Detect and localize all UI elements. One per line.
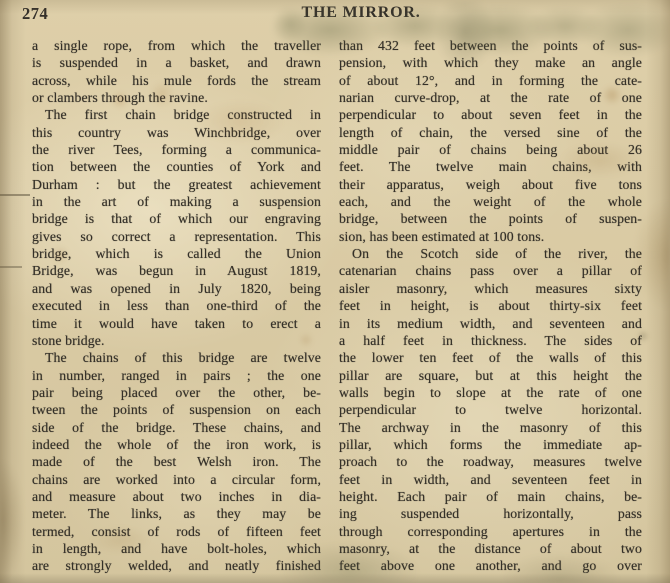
text-line: are strongly welded, and neatly finished — [32, 557, 321, 574]
text-line: pillar are square, but at this height th… — [339, 367, 642, 384]
text-line: perpendicular to about seven feet in the — [339, 106, 642, 123]
text-line: On the Scotch side of the river, the — [339, 245, 642, 262]
text-line: the lower ten feet of the walls of this — [339, 349, 642, 366]
text-line: bridge, which is called the Union — [32, 245, 321, 262]
text-line: sion, has been estimated at 100 tons. — [339, 228, 642, 245]
text-line: indeed the whole of the iron work, is — [32, 436, 321, 453]
column-left: a single rope, from which the travelleri… — [32, 37, 321, 575]
text-line: across, while his mule fords the stream — [32, 72, 321, 89]
text-line: a single rope, from which the traveller — [32, 37, 321, 54]
text-line: time it would have taken to erect a — [32, 315, 321, 332]
text-line: feet in height, is about thirty-six feet — [339, 297, 642, 314]
text-line: tion between the counties of York and — [32, 158, 321, 175]
text-line: middle pair of chains being about 26 — [339, 141, 642, 158]
column-right: than 432 feet between the points of sus-… — [339, 37, 642, 575]
text-line: pair being placed over the other, be- — [32, 384, 321, 401]
text-line: feet above one another, and go over — [339, 557, 642, 574]
text-line: this country was Winchbridge, over — [32, 124, 321, 141]
text-line: and measure about two inches in dia- — [32, 488, 321, 505]
text-line: a half feet in thickness. The sides of — [339, 332, 642, 349]
text-line: in the art of making a suspension — [32, 193, 321, 210]
margin-mark — [0, 194, 30, 196]
text-line: bridge, between the points of suspen- — [339, 210, 642, 227]
text-line: Bridge, was begun in August 1819, — [32, 262, 321, 279]
text-line: aisler masonry, which measures sixty — [339, 280, 642, 297]
text-line: than 432 feet between the points of sus- — [339, 37, 642, 54]
text-line: proach to the roadway, measures twelve — [339, 453, 642, 470]
text-line: meter. The links, as they may be — [32, 505, 321, 522]
text-line: The chains of this bridge are twelve — [32, 349, 321, 366]
text-line: the river Tees, forming a communica- — [32, 141, 321, 158]
text-line: or clambers through the ravine. — [32, 89, 321, 106]
text-line: is suspended in a basket, and drawn — [32, 54, 321, 71]
text-line: walls begin to slope at the rate of one — [339, 384, 642, 401]
text-line: bridge is that of which our engraving — [32, 210, 321, 227]
text-line: their apparatus, weigh about five tons — [339, 176, 642, 193]
text-line: ing suspended horizontally, pass — [339, 505, 642, 522]
text-line: length of chain, the versed sine of the — [339, 124, 642, 141]
text-line: height. Each pair of main chains, be- — [339, 488, 642, 505]
text-line: in length, and have bolt-holes, which — [32, 540, 321, 557]
margin-mark — [0, 266, 22, 268]
text-line: executed in less than one-third of the — [32, 297, 321, 314]
text-line: and was opened in July 1820, being — [32, 280, 321, 297]
text-line: The archway in the masonry of this — [339, 419, 642, 436]
text-line: gives so correct a representation. This — [32, 228, 321, 245]
text-line: in its medium width, and seventeen and — [339, 315, 642, 332]
text-line: in number, ranged in pairs ; the one — [32, 367, 321, 384]
text-line: stone bridge. — [32, 332, 321, 349]
text-line: pillar, which forms the immediate ap- — [339, 436, 642, 453]
text-line: tween the points of suspension on each — [32, 401, 321, 418]
text-line: chains are worked into a circular form, — [32, 471, 321, 488]
text-line: made of the best Welsh iron. The — [32, 453, 321, 470]
text-line: side of the bridge. These chains, and — [32, 419, 321, 436]
text-line: feet. The twelve main chains, with — [339, 158, 642, 175]
text-line: feet in width, and seventeen feet in — [339, 471, 642, 488]
text-line: of about 12°, and in forming the cate- — [339, 72, 642, 89]
text-line: Durham : but the greatest achievement — [32, 176, 321, 193]
page-title: THE MIRROR. — [0, 4, 670, 22]
text-line: each, and the weight of the whole — [339, 193, 642, 210]
text-line: pension, with which they make an angle — [339, 54, 642, 71]
text-line: masonry, at the distance of about two — [339, 540, 642, 557]
text-line: through corresponding apertures in the — [339, 523, 642, 540]
text-line: termed, consist of rods of fifteen feet — [32, 523, 321, 540]
text-line: The first chain bridge constructed in — [32, 106, 321, 123]
paper-page: 274 THE MIRROR. a single rope, from whic… — [0, 0, 670, 583]
text-line: catenarian chains pass over a pillar of — [339, 262, 642, 279]
text-line: narian curve-drop, at the rate of one — [339, 89, 642, 106]
text-line: perpendicular to twelve horizontal. — [339, 401, 642, 418]
